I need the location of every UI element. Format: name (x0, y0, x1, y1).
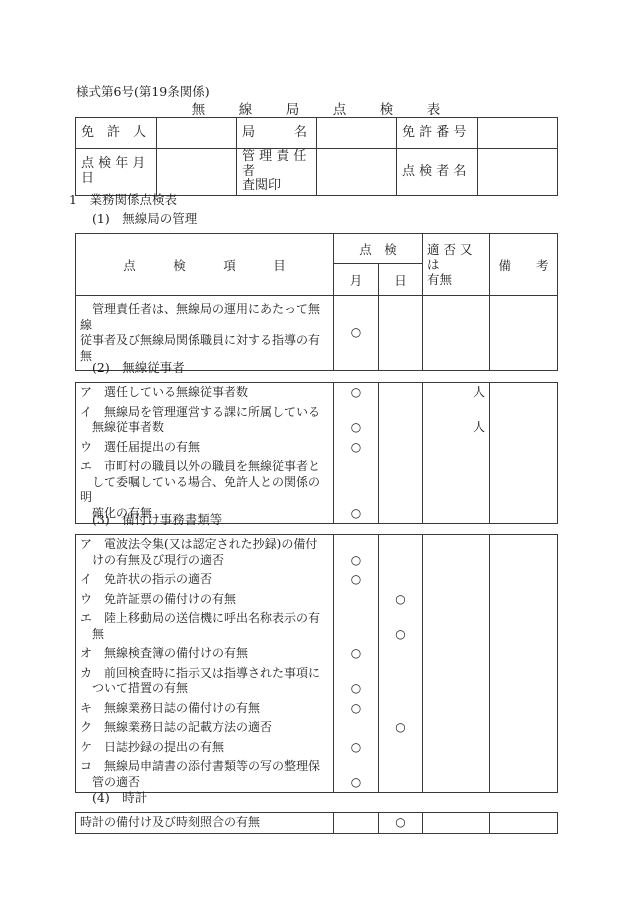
remarks-cell[interactable] (490, 438, 558, 458)
remarks-cell[interactable] (490, 699, 558, 719)
remarks-cell[interactable] (490, 403, 558, 438)
state-cell[interactable] (423, 438, 490, 458)
document-page: 様式第6号(第19条関係) 無 線 局 点 検 表 免 許 人 局 名 免 許 … (0, 0, 630, 915)
remarks-cell[interactable] (490, 718, 558, 738)
day-mark-cell[interactable] (379, 757, 423, 793)
col-header-inspection: 点 検 (334, 234, 423, 264)
month-mark-cell[interactable]: ○ (334, 664, 379, 699)
col-header-day: 日 (379, 264, 423, 296)
check-item-text: キ 無線業務日誌の備付けの有無 (76, 699, 334, 719)
day-mark-cell[interactable] (379, 535, 423, 571)
day-mark-cell[interactable] (379, 383, 423, 403)
check-table-header: 点 検 項 目 点 検 適 否 又 は 有無 備 考 月 日 (76, 234, 558, 296)
document-title: 無 線 局 点 検 表 (75, 98, 557, 118)
month-mark-cell[interactable]: ○ (334, 570, 379, 590)
check-item-text: エ 陸上移動局の送信機に呼出名称表示の有 無 (76, 609, 334, 644)
subsection-4-heading: (4) 時計 (92, 790, 557, 805)
month-mark-cell[interactable]: ○ (334, 699, 379, 719)
remarks-cell[interactable] (490, 535, 558, 571)
subsection-4: (4) 時計 時計の備付け及び時刻照合の有無○ (75, 790, 557, 834)
licensee-label: 免 許 人 (76, 118, 157, 149)
state-cell[interactable] (423, 699, 490, 719)
day-mark-cell[interactable] (379, 738, 423, 758)
remarks-cell[interactable] (490, 383, 558, 403)
month-mark-cell[interactable]: ○ (334, 403, 379, 438)
check-item-text: 時計の備付け及び時刻照合の有無 (76, 813, 334, 834)
manager-seal-label: 管 理 責 任 者 査閲印 (237, 149, 317, 196)
check-item-text: ク 無線業務日誌の記載方法の適否 (76, 718, 334, 738)
form-number: 様式第6号(第19条関係) (76, 84, 210, 99)
check-row: イ 免許状の指示の適否○ (76, 570, 558, 590)
inspection-date-value-cell[interactable] (157, 149, 237, 196)
check-item-text: コ 無線局申請書の添付書類等の写の整理保 管の適否 (76, 757, 334, 793)
state-cell[interactable] (423, 738, 490, 758)
check-row: 時計の備付け及び時刻照合の有無○ (76, 813, 558, 834)
info-row-2: 点 検 年 月 日 管 理 責 任 者 査閲印 点 検 者 名 (76, 149, 558, 196)
check-table-clock: 時計の備付け及び時刻照合の有無○ (75, 812, 558, 834)
check-row: イ 無線局を管理運営する課に所属している 無線従事者数○人 (76, 403, 558, 438)
check-item-text: ア 選任している無線従事者数 (76, 383, 334, 403)
remarks-cell[interactable] (490, 570, 558, 590)
check-row: カ 前回検査時に指示又は指導された事項に ついて措置の有無○ (76, 664, 558, 699)
licensee-value-cell[interactable] (157, 118, 237, 149)
inspector-name-label: 点 検 者 名 (397, 149, 478, 196)
check-row: オ 無線検査簿の備付けの有無○ (76, 644, 558, 664)
check-row: ク 無線業務日誌の記載方法の適否○ (76, 718, 558, 738)
check-item-text: イ 免許状の指示の適否 (76, 570, 334, 590)
col-header-month: 月 (334, 264, 379, 296)
month-mark-cell[interactable] (334, 590, 379, 610)
station-name-label: 局 名 (237, 118, 317, 149)
license-number-value-cell[interactable] (478, 118, 558, 149)
month-mark-cell[interactable]: ○ (334, 757, 379, 793)
license-number-label: 免 許 番 号 (397, 118, 478, 149)
station-name-value-cell[interactable] (317, 118, 397, 149)
month-mark-cell[interactable]: ○ (334, 535, 379, 571)
state-cell[interactable] (423, 590, 490, 610)
subsection-1-heading: (1) 無線局の管理 (92, 211, 557, 226)
month-mark-cell[interactable]: ○ (334, 738, 379, 758)
check-row: ウ 選任届提出の有無○ (76, 438, 558, 458)
check-item-text: カ 前回検査時に指示又は指導された事項に ついて措置の有無 (76, 664, 334, 699)
state-cell[interactable] (423, 813, 490, 834)
check-item-text: オ 無線検査簿の備付けの有無 (76, 644, 334, 664)
remarks-cell[interactable] (490, 644, 558, 664)
check-table-radio-station-management: 点 検 項 目 点 検 適 否 又 は 有無 備 考 月 日 管理責任者は、無線… (75, 233, 558, 371)
col-header-state: 適 否 又 は 有無 (423, 234, 490, 296)
section-1-title: 1 業務関係点検表 (69, 192, 177, 207)
day-mark-cell[interactable]: ○ (379, 609, 423, 644)
check-row: キ 無線業務日誌の備付けの有無○ (76, 699, 558, 719)
inspection-date-label: 点 検 年 月 日 (76, 149, 157, 196)
check-row: ア 選任している無線従事者数○人 (76, 383, 558, 403)
remarks-cell[interactable] (490, 757, 558, 793)
remarks-cell[interactable] (490, 590, 558, 610)
month-mark-cell[interactable]: ○ (334, 383, 379, 403)
inspector-name-value-cell[interactable] (478, 149, 558, 196)
check-row: ケ 日誌抄録の提出の有無○ (76, 738, 558, 758)
check-item-text: ウ 免許証票の備付けの有無 (76, 590, 334, 610)
subsection-2-heading: (2) 無線従事者 (92, 360, 557, 375)
day-mark-cell[interactable] (379, 664, 423, 699)
subsection-3: (3) 備付け事務書類等 ア 電波法令集(又は認定された抄録)の備付 けの有無及… (75, 512, 557, 793)
state-cell[interactable] (423, 570, 490, 590)
remarks-cell[interactable] (490, 738, 558, 758)
check-row: ウ 免許証票の備付けの有無○ (76, 590, 558, 610)
day-mark-cell[interactable]: ○ (379, 813, 423, 834)
day-mark-cell[interactable] (379, 699, 423, 719)
state-cell[interactable]: 人 (423, 383, 490, 403)
remarks-cell[interactable] (490, 664, 558, 699)
month-mark-cell[interactable] (334, 718, 379, 738)
day-mark-cell[interactable] (379, 570, 423, 590)
subsection-1: (1) 無線局の管理 点 検 項 目 点 検 適 否 又 は 有無 備 考 月 … (75, 211, 557, 371)
state-cell[interactable] (423, 609, 490, 644)
day-mark-cell[interactable] (379, 403, 423, 438)
col-header-item: 点 検 項 目 (76, 234, 334, 296)
month-mark-cell[interactable] (334, 609, 379, 644)
remarks-cell[interactable] (490, 609, 558, 644)
month-mark-cell[interactable]: ○ (334, 644, 379, 664)
month-mark-cell[interactable] (334, 813, 379, 834)
check-row: ア 電波法令集(又は認定された抄録)の備付 けの有無及び現行の適否○ (76, 535, 558, 571)
check-row: エ 陸上移動局の送信機に呼出名称表示の有 無○ (76, 609, 558, 644)
check-item-text: ア 電波法令集(又は認定された抄録)の備付 けの有無及び現行の適否 (76, 535, 334, 571)
day-mark-cell[interactable]: ○ (379, 718, 423, 738)
info-row-1: 免 許 人 局 名 免 許 番 号 (76, 118, 558, 149)
subsection-3-heading: (3) 備付け事務書類等 (92, 512, 557, 527)
check-table-radio-operators: ア 選任している無線従事者数○人イ 無線局を管理運営する課に所属している 無線従… (75, 382, 558, 524)
state-cell[interactable] (423, 644, 490, 664)
remarks-cell[interactable] (490, 813, 558, 834)
check-item-text: ウ 選任届提出の有無 (76, 438, 334, 458)
month-mark-cell[interactable]: ○ (334, 438, 379, 458)
license-info-table: 免 許 人 局 名 免 許 番 号 点 検 年 月 日 管 理 責 任 者 査閲… (75, 117, 558, 196)
check-row: コ 無線局申請書の添付書類等の写の整理保 管の適否○ (76, 757, 558, 793)
manager-seal-value-cell[interactable] (317, 149, 397, 196)
state-cell[interactable] (423, 757, 490, 793)
check-item-text: イ 無線局を管理運営する課に所属している 無線従事者数 (76, 403, 334, 438)
subsection-2: (2) 無線従事者 ア 選任している無線従事者数○人イ 無線局を管理運営する課に… (75, 360, 557, 524)
day-mark-cell[interactable]: ○ (379, 590, 423, 610)
col-header-remarks: 備 考 (490, 234, 558, 296)
state-cell[interactable] (423, 535, 490, 571)
day-mark-cell[interactable] (379, 438, 423, 458)
check-table-office-documents: ア 電波法令集(又は認定された抄録)の備付 けの有無及び現行の適否○イ 免許状の… (75, 534, 558, 793)
check-item-text: ケ 日誌抄録の提出の有無 (76, 738, 334, 758)
state-cell[interactable] (423, 718, 490, 738)
state-cell[interactable]: 人 (423, 403, 490, 438)
day-mark-cell[interactable] (379, 644, 423, 664)
state-cell[interactable] (423, 664, 490, 699)
